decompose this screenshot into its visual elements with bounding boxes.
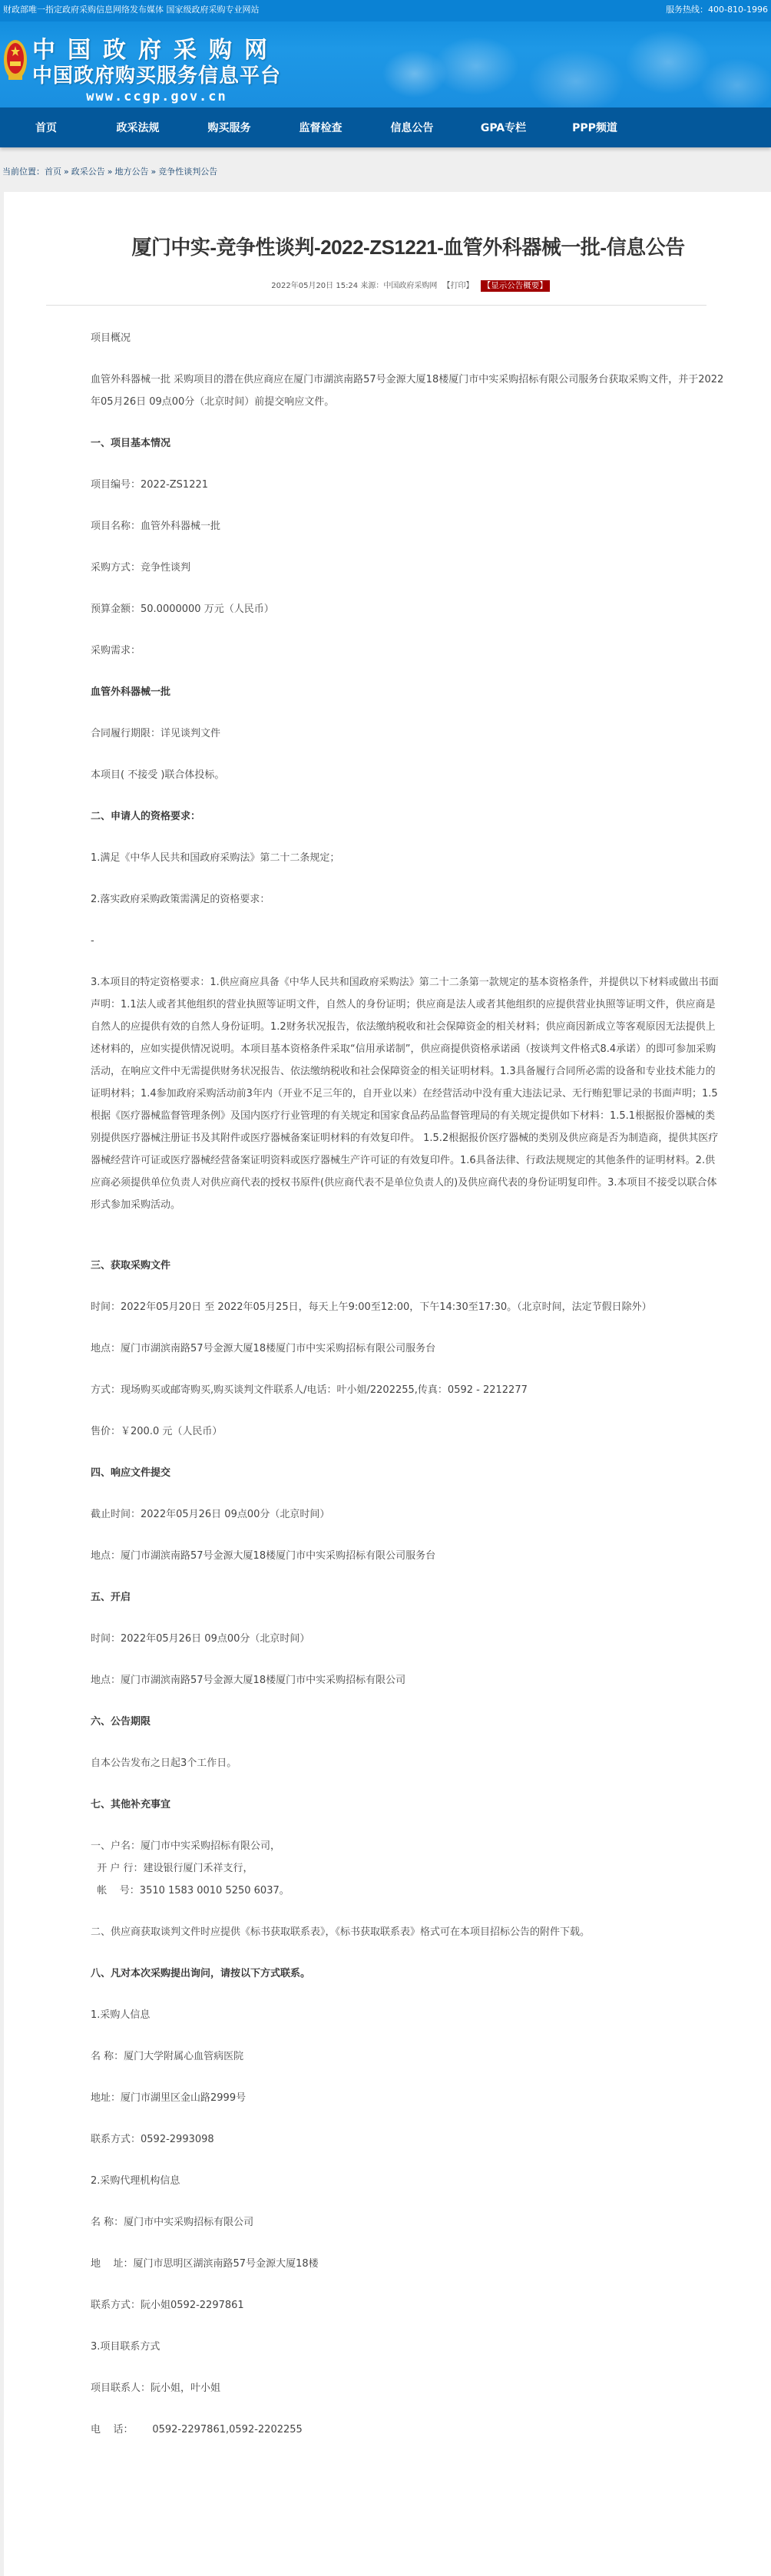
agency-contact: 联系方式：阮小姐0592-2297861 [91, 2294, 724, 2316]
consortium-policy: 本项目( 不接受 )联合体投标。 [91, 764, 724, 786]
breadcrumb-local-announcements[interactable]: 地方公告 [114, 167, 148, 177]
submission-deadline: 截止时间：2022年05月26日 09点00分（北京时间） [91, 1503, 724, 1526]
project-name: 项目名称：血管外科器械一批 [91, 515, 724, 537]
account-name: 一、户名：厦门市中实采购招标有限公司， [91, 1835, 724, 1857]
logo-url: www.ccgp.gov.cn [32, 89, 281, 104]
breadcrumb-home[interactable]: 首页 [45, 167, 61, 177]
title-divider [46, 305, 706, 306]
opening-time: 时间：2022年05月26日 09点00分（北京时间） [91, 1628, 724, 1650]
service-hotline: 服务热线：400-810-1996 [666, 0, 768, 21]
source-name: 中国政府采购网 [383, 282, 437, 290]
procurement-demand-item: 血管外科器械一批 [91, 681, 724, 703]
top-bar: 财政部唯一指定政府采购信息网络发布媒体 国家级政府采购专业网站 服务热线：400… [0, 0, 771, 21]
print-link[interactable]: 【打印】 [443, 282, 474, 290]
document-price: 售价：￥200.0 元（人民币） [91, 1420, 724, 1443]
requirement-1: 1.满足《中华人民共和国政府采购法》第二十二条规定； [91, 847, 724, 869]
breadcrumb-separator: » [151, 167, 156, 177]
cloud-banner-background [323, 20, 771, 107]
breadcrumb-prefix: 当前位置： [2, 167, 45, 177]
announcement-period: 自本公告发布之日起3个工作日。 [91, 1752, 724, 1774]
nav-item-home[interactable]: 首页 [0, 120, 92, 135]
project-contact-heading: 3.项目联系方式 [91, 2336, 724, 2358]
section-3-heading: 三、获取采购文件 [91, 1255, 724, 1277]
project-contacts: 项目联系人：阮小姐，叶小姐 [91, 2377, 724, 2399]
nav-item-regulations[interactable]: 政采法规 [92, 120, 184, 135]
site-header: 财政部唯一指定政府采购信息网络发布媒体 国家级政府采购专业网站 服务热线：400… [0, 0, 771, 107]
article-title: 厦门中实-竞争性谈判-2022-ZS1221-血管外科器械一批-信息公告 [4, 232, 771, 260]
opening-place: 地点：厦门市湖滨南路57号金源大厦18楼厦门市中实采购招标有限公司 [91, 1669, 724, 1691]
national-emblem-icon [3, 37, 28, 86]
procurement-method: 采购方式：竞争性谈判 [91, 557, 724, 579]
site-slogan: 财政部唯一指定政府采购信息网络发布媒体 国家级政府采购专业网站 [3, 0, 260, 21]
buyer-name: 名 称：厦门大学附属心血管病医院 [91, 2045, 724, 2068]
section-4-heading: 四、响应文件提交 [91, 1462, 724, 1484]
source-label: 来源： [360, 282, 383, 290]
buyer-address: 地址：厦门市湖里区金山路2999号 [91, 2087, 724, 2109]
section-2-heading: 二、申请人的资格要求： [91, 805, 724, 828]
project-phone: 电 话： 0592-2297861,0592-2202255 [91, 2419, 724, 2441]
show-summary-button[interactable]: 【显示公告概要】 [481, 280, 550, 292]
account-number: 帐 号：3510 1583 0010 5250 6037。 [91, 1880, 724, 1902]
submission-place: 地点：厦门市湖滨南路57号金源大厦18楼厦门市中实采购招标有限公司服务台 [91, 1545, 724, 1567]
section-8-heading: 八、凡对本次采购提出询问，请按以下方式联系。 [91, 1963, 724, 1985]
project-number: 项目编号：2022-ZS1221 [91, 474, 724, 496]
logo-title: 中国政府采购网 [32, 37, 281, 64]
contract-period: 合同履行期限：详见谈判文件 [91, 723, 724, 745]
agency-name: 名 称：厦门市中实采购招标有限公司 [91, 2211, 724, 2234]
breadcrumb-separator: » [64, 167, 69, 177]
buyer-info-heading: 1.采购人信息 [91, 2004, 724, 2026]
nav-item-announcements[interactable]: 信息公告 [366, 120, 458, 135]
site-logo[interactable]: 中国政府采购网 中国政府购买服务信息平台 www.ccgp.gov.cn [3, 37, 281, 104]
document-acquisition-time: 时间：2022年05月20日 至 2022年05月25日，每天上午9:00至12… [91, 1296, 724, 1318]
section-7-heading: 七、其他补充事宜 [91, 1794, 724, 1816]
article-body: 项目概况 血管外科器械一批 采购项目的潜在供应商应在厦门市湖滨南路57号金源大厦… [91, 327, 724, 2441]
budget-amount: 预算金额：50.0000000 万元（人民币） [91, 598, 724, 620]
section-6-heading: 六、公告期限 [91, 1711, 724, 1733]
requirement-3: 3.本项目的特定资格要求：1.供应商应具备《中华人民共和国政府采购法》第二十二条… [91, 971, 724, 1216]
section-1-heading: 一、项目基本情况 [91, 432, 724, 455]
nav-item-purchase-services[interactable]: 购买服务 [184, 120, 275, 135]
nav-item-ppp[interactable]: PPP频道 [549, 120, 640, 135]
document-acquisition-place: 地点：厦门市湖滨南路57号金源大厦18楼厦门市中实采购招标有限公司服务台 [91, 1338, 724, 1360]
requirement-2-value: - [91, 930, 724, 952]
requirement-2: 2.落实政府采购政策需满足的资格要求： [91, 888, 724, 911]
nav-item-supervision[interactable]: 监督检查 [275, 120, 366, 135]
overview-text: 血管外科器械一批 采购项目的潜在供应商应在厦门市湖滨南路57号金源大厦18楼厦门… [91, 369, 724, 413]
agency-address: 地 址：厦门市思明区湖滨南路57号金源大厦18楼 [91, 2253, 724, 2275]
breadcrumb-gov-announcements[interactable]: 政采公告 [71, 167, 105, 177]
buyer-contact: 联系方式：0592-2993098 [91, 2128, 724, 2151]
section-5-heading: 五、开启 [91, 1586, 724, 1609]
breadcrumb: 当前位置：首页»政采公告»地方公告»竞争性谈判公告 [0, 147, 771, 192]
publish-datetime: 2022年05月20日 15:24 [271, 282, 358, 290]
supplementary-note: 二、供应商获取谈判文件时应提供《标书获取联系表》，《标书获取联系表》格式可在本项… [91, 1921, 724, 1943]
procurement-demand-label: 采购需求： [91, 640, 724, 662]
article-meta: 2022年05月20日 15:24 来源：中国政府采购网 【打印】 【显示公告概… [4, 279, 771, 292]
overview-heading: 项目概况 [91, 327, 724, 349]
nav-item-gpa[interactable]: GPA专栏 [458, 120, 549, 135]
logo-subtitle: 中国政府购买服务信息平台 [32, 64, 281, 88]
article-panel: 厦门中实-竞争性谈判-2022-ZS1221-血管外科器械一批-信息公告 202… [4, 192, 771, 2576]
breadcrumb-separator: » [108, 167, 113, 177]
breadcrumb-negotiation-announcements[interactable]: 竞争性谈判公告 [158, 167, 217, 177]
document-acquisition-method: 方式：现场购买或邮寄购买,购买谈判文件联系人/电话：叶小姐/2202255,传真… [91, 1379, 724, 1401]
agency-info-heading: 2.采购代理机构信息 [91, 2170, 724, 2192]
account-bank: 开 户 行：建设银行厦门禾祥支行， [91, 1857, 724, 1880]
main-nav: 首页 政采法规 购买服务 监督检查 信息公告 GPA专栏 PPP频道 [0, 107, 771, 147]
